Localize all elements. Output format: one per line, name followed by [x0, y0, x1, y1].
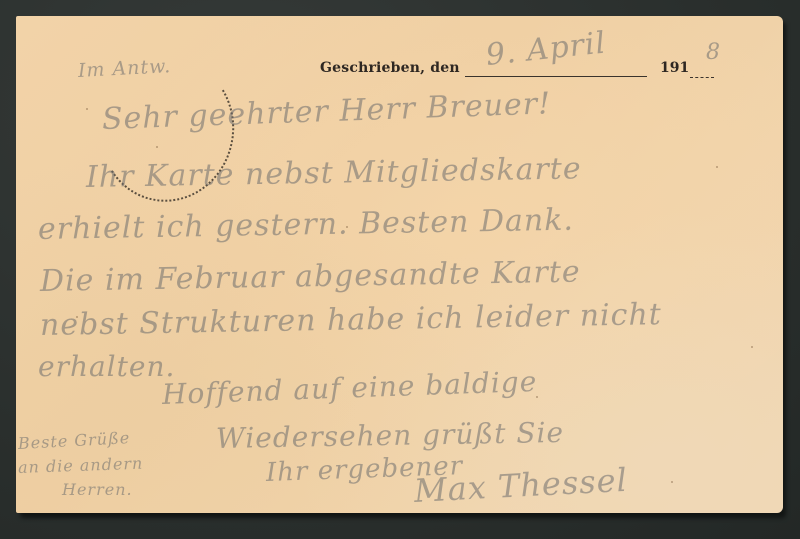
- printed-year-prefix: 191: [660, 60, 689, 76]
- handwritten-line: Die im Februar abgesandte Karte: [40, 255, 581, 299]
- handwritten-line: Ihr Karte nebst Mitgliedskarte: [86, 151, 582, 195]
- year-underline: [690, 77, 714, 78]
- paper-speck: [671, 481, 673, 483]
- date-underline: [465, 76, 647, 77]
- handwritten-line: Hoffend auf eine baldige: [161, 365, 537, 411]
- handwritten-line: nebst Strukturen habe ich leider nicht: [40, 297, 662, 343]
- handwritten-line: erhielt ich gestern. Besten Dank.: [38, 203, 574, 247]
- handwritten-line: Wiedersehen grüßt Sie: [216, 416, 565, 455]
- handwritten-line: erhalten.: [38, 350, 175, 383]
- handwritten-date: 9. April: [484, 25, 608, 72]
- printed-written-label: Geschrieben, den: [320, 60, 460, 76]
- handwritten-side-note: Beste Grüße: [18, 428, 131, 453]
- handwritten-side-note: an die andern: [18, 454, 144, 477]
- paper-speck: [86, 108, 88, 110]
- postcard: Geschrieben, den 191 Im Antw. 9. April 8…: [16, 16, 783, 513]
- paper-speck: [751, 346, 753, 348]
- handwritten-side-note: Herren.: [62, 480, 133, 499]
- handwritten-year-suffix: 8: [706, 40, 721, 65]
- paper-speck: [716, 166, 718, 168]
